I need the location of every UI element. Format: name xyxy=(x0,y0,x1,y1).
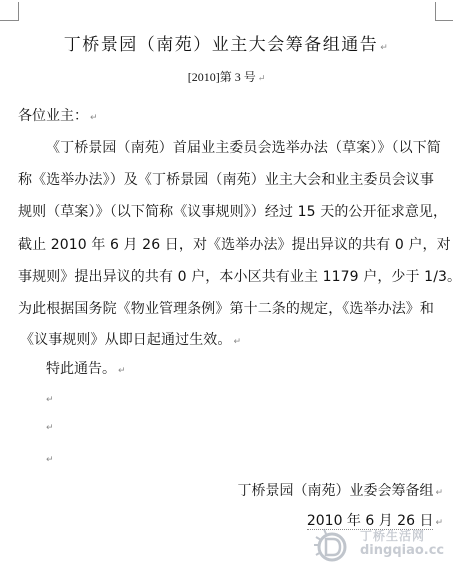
body-line-3: 规则（草案）》（以下简称《议事规则》）经过 15 天的公开征求意见， xyxy=(18,201,447,221)
paragraph-mark-icon: ↵ xyxy=(435,488,443,498)
document-title: 丁桥景园（南苑）业主大会筹备组通告↵ xyxy=(0,30,453,55)
paragraph-mark-icon: ↵ xyxy=(46,423,54,433)
closing-statement: 特此通告。↵ xyxy=(46,358,126,378)
paragraph-mark-icon: ↵ xyxy=(46,395,54,405)
empty-paragraph: ↵ xyxy=(44,390,54,406)
paragraph-mark-icon: ↵ xyxy=(90,113,98,123)
paragraph-mark-icon: ↵ xyxy=(380,43,389,53)
doc-number-text: [2010]第 3 号 xyxy=(188,70,256,84)
body-line-4: 截止 2010 年 6 月 26 日，对《选举办法》提出异议的共有 0 户，对《… xyxy=(18,234,453,254)
empty-paragraph: ↵ xyxy=(44,418,54,434)
body-line-2: 称《选举办法》）及《丁桥景园（南苑）业主大会和业主委员会议事 xyxy=(18,169,434,189)
watermark-site-name: 丁桥生活网 xyxy=(360,527,425,544)
paragraph-mark-icon: ↵ xyxy=(118,366,126,376)
body-line-6: 为此根据国务院《物业管理条例》第十二条的规定，《选举办法》和 xyxy=(18,298,434,318)
salutation-text: 各位业主： xyxy=(18,108,88,124)
page-corner-mark-top-left xyxy=(0,2,19,21)
signature: 丁桥景园（南苑）业委会筹备组↵ xyxy=(237,480,443,500)
paragraph-mark-icon: ↵ xyxy=(258,73,266,83)
body-line-7: 《议事规则》从即日起通过生效。↵ xyxy=(20,329,241,349)
document-number: [2010]第 3 号↵ xyxy=(0,68,453,85)
title-text: 丁桥景园（南苑）业主大会筹备组通告 xyxy=(64,35,379,55)
body-line-1: 《丁桥景园（南苑）首届业主委员会选举办法（草案）》（以下简 xyxy=(46,137,441,157)
page-corner-mark-top-right xyxy=(435,2,453,21)
body-line-7-text: 《议事规则》从即日起通过生效。 xyxy=(20,332,232,348)
watermark-logo-icon xyxy=(312,525,352,565)
site-watermark: 丁桥生活网 dingqiao.cc xyxy=(310,525,453,565)
empty-paragraph: ↵ xyxy=(44,450,54,466)
paragraph-mark-icon: ↵ xyxy=(234,337,242,347)
salutation: 各位业主：↵ xyxy=(18,105,98,125)
body-line-5: 事规则》提出异议的共有 0 户，本小区共有业主 1179 户，少于 1/3。 xyxy=(18,266,453,286)
paragraph-mark-icon: ↵ xyxy=(46,455,54,465)
signature-text: 丁桥景园（南苑）业委会筹备组 xyxy=(237,483,433,499)
closing-text: 特此通告。 xyxy=(46,361,116,377)
watermark-site-domain: dingqiao.cc xyxy=(360,543,444,558)
